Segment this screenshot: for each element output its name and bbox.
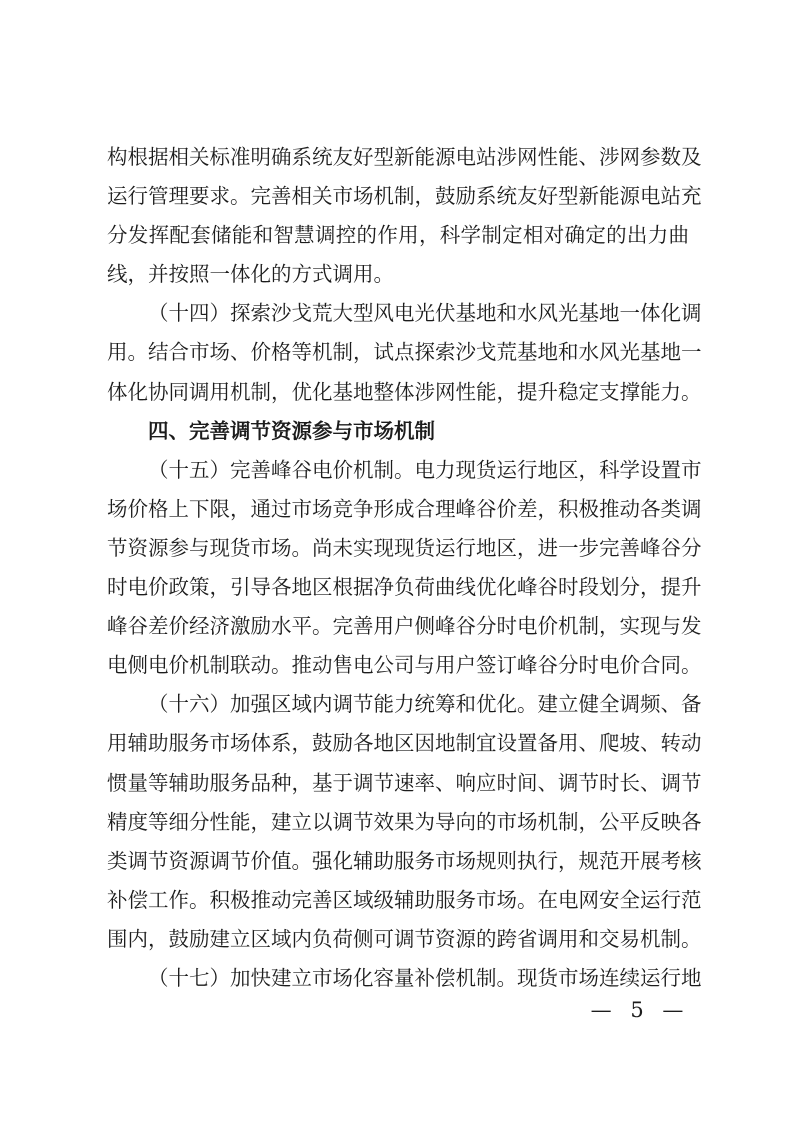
text-line: 围内，鼓励建立区域内负荷侧可调节资源的跨省调用和交易机制。 xyxy=(107,920,689,959)
section-16-heading-line: （十六）加强区域内调节能力统筹和优化。建立健全调频、备 xyxy=(107,685,689,724)
chapter-heading: 四、完善调节资源参与市场机制 xyxy=(107,412,689,451)
body-text: 构根据相关标准明确系统友好型新能源电站涉网性能、涉网参数及 运行管理要求。完善相… xyxy=(107,138,689,998)
section-14-heading-line: （十四）探索沙戈荒大型风电光伏基地和水风光基地一体化调 xyxy=(107,294,689,333)
text-line: 电侧电价机制联动。推动售电公司与用户签订峰谷分时电价合同。 xyxy=(107,646,689,685)
text-line: 线，并按照一体化的方式调用。 xyxy=(107,255,689,294)
text-line: 惯量等辅助服务品种，基于调节速率、响应时间、调节时长、调节 xyxy=(107,764,689,803)
text-line: 构根据相关标准明确系统友好型新能源电站涉网性能、涉网参数及 xyxy=(107,138,689,177)
text-line: 节资源参与现货市场。尚未实现现货运行地区，进一步完善峰谷分 xyxy=(107,529,689,568)
text-line: 用。结合市场、价格等机制，试点探索沙戈荒基地和水风光基地一 xyxy=(107,333,689,372)
text-line: 时电价政策，引导各地区根据净负荷曲线优化峰谷时段划分，提升 xyxy=(107,568,689,607)
document-page: 构根据相关标准明确系统友好型新能源电站涉网性能、涉网参数及 运行管理要求。完善相… xyxy=(0,0,794,1123)
text-line: 用辅助服务市场体系，鼓励各地区因地制宜设置备用、爬坡、转动 xyxy=(107,724,689,763)
text-line: 分发挥配套储能和智慧调控的作用，科学制定相对确定的出力曲 xyxy=(107,216,689,255)
section-17-heading-line: （十七）加快建立市场化容量补偿机制。现货市场连续运行地 xyxy=(107,959,689,998)
text-line: 精度等细分性能，建立以调节效果为导向的市场机制，公平反映各 xyxy=(107,803,689,842)
text-line: 峰谷差价经济激励水平。完善用户侧峰谷分时电价机制，实现与发 xyxy=(107,607,689,646)
text-line: 类调节资源调节价值。强化辅助服务市场规则执行，规范开展考核 xyxy=(107,842,689,881)
text-line: 场价格上下限，通过市场竞争形成合理峰谷价差，积极推动各类调 xyxy=(107,490,689,529)
text-line: 补偿工作。积极推动完善区域级辅助服务市场。在电网安全运行范 xyxy=(107,881,689,920)
text-line: 体化协同调用机制，优化基地整体涉网性能，提升稳定支撑能力。 xyxy=(107,373,689,412)
page-number: — 5 — xyxy=(590,996,690,1024)
text-line: 运行管理要求。完善相关市场机制，鼓励系统友好型新能源电站充 xyxy=(107,177,689,216)
section-15-heading-line: （十五）完善峰谷电价机制。电力现货运行地区，科学设置市 xyxy=(107,451,689,490)
